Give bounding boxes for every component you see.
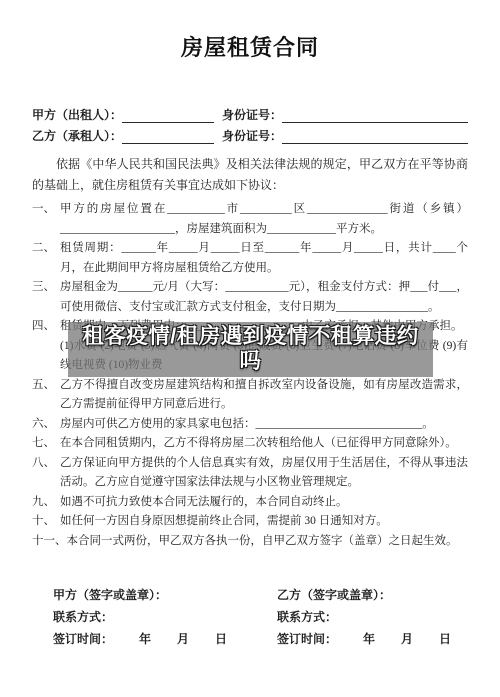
clause-7-text: 在本合同租赁期内，乙方不得将房屋二次转租给他人（已征得甲方同意除外）。 — [60, 434, 468, 454]
party-row-lessee: 乙方（承租人）： 身份证号： — [32, 123, 468, 144]
lessor-sign-label: 甲方（签字或盖章）： — [53, 588, 277, 610]
lessee-day-label: 日 — [439, 632, 451, 646]
clause-10-number: 十、 — [32, 512, 60, 532]
lessor-contact-label: 联系方式： — [53, 610, 277, 632]
clause-9-number: 九、 — [32, 493, 60, 513]
preamble-paragraph: 依据《中华人民共和国民法典》及相关法律法规的规定，甲乙双方在平等协商的基础上，就… — [32, 154, 468, 195]
signature-section: 甲方（签字或盖章）： 联系方式： 签订时间： 年 月 日 乙方（签字或盖章）： … — [53, 588, 468, 654]
clause-10: 十、 如任何一方因自身原因想提前终止合同，需提前 30 日通知对方。 — [32, 512, 468, 532]
clause-8: 八、 乙方保证向甲方提供的个人信息真实有效，房屋仅用于生活居住，不得从事违法活动… — [32, 454, 468, 493]
lessor-date-row: 签订时间： 年 月 日 — [53, 632, 277, 654]
lessor-label: 甲方（出租人）： — [32, 106, 122, 123]
clause-11-text: 本合同一式两份，甲乙双方各执一份，自甲乙双方签字（盖章）之日起生效。 — [67, 532, 469, 552]
lessor-day-label: 日 — [215, 632, 227, 646]
clause-6: 六、 房屋内可供乙方使用的家具家电包括：____________________… — [32, 415, 468, 435]
clause-1-number: 一、 — [32, 200, 60, 239]
clause-1: 一、 甲方的房屋位置在__________市_________区________… — [32, 200, 468, 239]
lessee-date-row: 签订时间： 年 月 日 — [277, 632, 468, 654]
clause-4-number: 四、 — [32, 317, 60, 376]
caption-overlay-text: 租客疫情/租房遇到疫情不租算违约吗 — [76, 324, 425, 374]
clause-5: 五、 乙方不得擅自改变房屋建筑结构和擅自拆改室内设备设施，如有房屋改造需求，乙方… — [32, 376, 468, 415]
clause-3-text: 房屋租金为______元/月（大写：___________元），租金支付方式：押… — [60, 278, 468, 317]
clause-1-text: 甲方的房屋位置在__________市_________区___________… — [60, 200, 468, 239]
clause-11: 十一、 本合同一式两份，甲乙双方各执一份，自甲乙双方签字（盖章）之日起生效。 — [32, 532, 468, 552]
lessee-date-label: 签订时间： — [277, 632, 337, 646]
clause-9-text: 如遇不可抗力致使本合同无法履行的，本合同自动终止。 — [60, 493, 468, 513]
lessee-id-blank — [282, 131, 468, 144]
clause-6-text: 房屋内可供乙方使用的家具家电包括：_______________________… — [60, 415, 468, 435]
document-title: 房屋租赁合同 — [0, 0, 500, 62]
clause-8-number: 八、 — [32, 454, 60, 493]
clause-5-text: 乙方不得擅自改变房屋建筑结构和擅自拆改室内设备设施，如有房屋改造需求，乙方需提前… — [60, 376, 468, 415]
clause-10-text: 如任何一方因自身原因想提前终止合同，需提前 30 日通知对方。 — [60, 512, 468, 532]
lessee-id-label: 身份证号： — [222, 127, 282, 144]
clause-8-text: 乙方保证向甲方提供的个人信息真实有效，房屋仅用于生活居住，不得从事违法活动。乙方… — [60, 454, 468, 493]
clause-2-text: 租赁周期：______年_____月_____日至______年_____月__… — [60, 239, 468, 278]
party-row-lessor: 甲方（出租人）： 身份证号： — [32, 102, 468, 123]
clause-9: 九、 如遇不可抗力致使本合同无法履行的，本合同自动终止。 — [32, 493, 468, 513]
lessee-month-label: 月 — [401, 632, 413, 646]
lessee-name-blank — [122, 131, 214, 144]
lessee-label: 乙方（承租人）： — [32, 127, 122, 144]
lessor-id-label: 身份证号： — [222, 106, 282, 123]
clause-6-number: 六、 — [32, 415, 60, 435]
clause-3: 三、 房屋租金为______元/月（大写：___________元），租金支付方… — [32, 278, 468, 317]
contract-document-page: 房屋租赁合同 甲方（出租人）： 身份证号： 乙方（承租人）： 身份证号： 依据《… — [0, 0, 500, 697]
caption-overlay-panel: 租客疫情/租房遇到疫情不租算违约吗 — [68, 322, 433, 377]
clause-11-number: 十一、 — [32, 532, 67, 552]
lessor-date-label: 签订时间： — [53, 632, 113, 646]
lessor-id-blank — [282, 110, 468, 123]
clause-2-number: 二、 — [32, 239, 60, 278]
signature-column-lessee: 乙方（签字或盖章）： 联系方式： 签订时间： 年 月 日 — [277, 588, 468, 654]
signature-column-lessor: 甲方（签字或盖章）： 联系方式： 签订时间： 年 月 日 — [53, 588, 277, 654]
clause-7-number: 七、 — [32, 434, 60, 454]
lessor-year-label: 年 — [139, 632, 151, 646]
lessor-name-blank — [122, 110, 214, 123]
party-section: 甲方（出租人）： 身份证号： 乙方（承租人）： 身份证号： — [32, 102, 468, 144]
lessee-sign-label: 乙方（签字或盖章）： — [277, 588, 468, 610]
lessee-contact-label: 联系方式： — [277, 610, 468, 632]
clause-7: 七、 在本合同租赁期内，乙方不得将房屋二次转租给他人（已征得甲方同意除外）。 — [32, 434, 468, 454]
clause-2: 二、 租赁周期：______年_____月_____日至______年_____… — [32, 239, 468, 278]
lessee-year-label: 年 — [363, 632, 375, 646]
clause-3-number: 三、 — [32, 278, 60, 317]
clause-5-number: 五、 — [32, 376, 60, 415]
lessor-month-label: 月 — [177, 632, 189, 646]
